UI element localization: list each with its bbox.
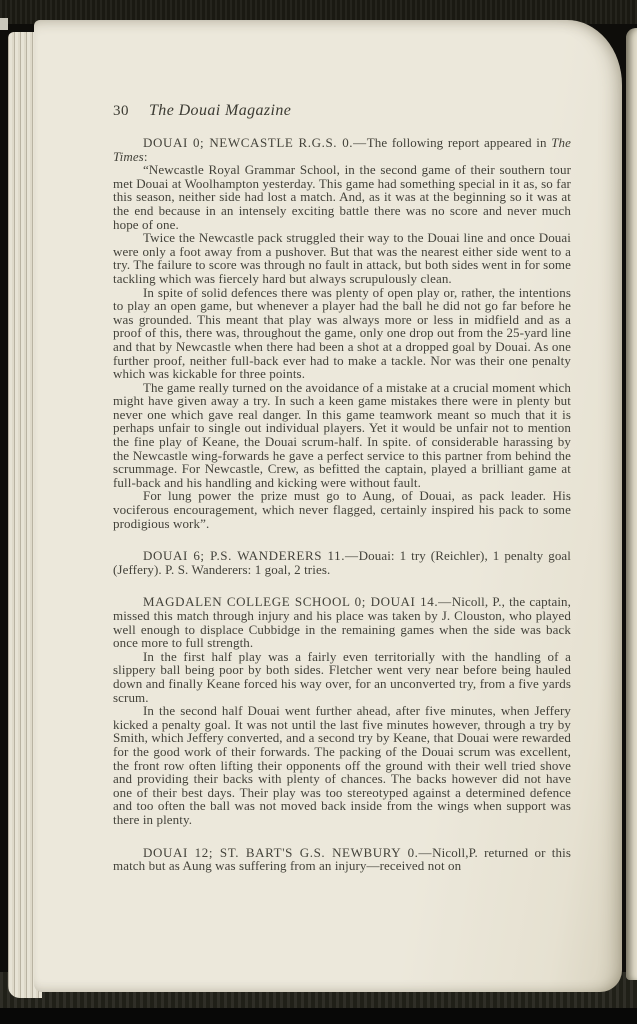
magazine-title: The Douai Magazine: [149, 102, 291, 119]
paragraph: In the first half play was a fairly even…: [113, 650, 571, 704]
text-run: The game really turned on the avoidance …: [113, 380, 571, 490]
text-run: The following report appeared in: [367, 135, 551, 150]
paragraph: In spite of solid defences there was ple…: [113, 286, 571, 381]
text-run: In spite of solid defences there was ple…: [113, 285, 571, 382]
running-header: 30The Douai Magazine: [113, 102, 571, 120]
paragraph: In the second half Douai went further ah…: [113, 704, 571, 826]
paragraph: Twice the Newcastle pack struggled their…: [113, 231, 571, 285]
paragraph: DOUAI 6; P.S. WANDERERS 11.—Douai: 1 try…: [113, 549, 571, 576]
book-page: 30The Douai Magazine DOUAI 0; NEWCASTLE …: [34, 20, 622, 992]
page-corner-tab: [0, 18, 8, 30]
paragraph: The game really turned on the avoidance …: [113, 381, 571, 490]
paragraph: For lung power the prize must go to Aung…: [113, 489, 571, 530]
page-text: DOUAI 0; NEWCASTLE R.G.S. 0.—The followi…: [113, 136, 571, 873]
text-run: “Newcastle Royal Grammar School, in the …: [113, 162, 571, 231]
text-run: In the second half Douai went further ah…: [113, 703, 571, 827]
paragraph: MAGDALEN COLLEGE SCHOOL 0; DOUAI 14.—Nic…: [113, 595, 571, 649]
book-cover-base: [0, 1008, 637, 1024]
text-run: Twice the Newcastle pack struggled their…: [113, 230, 571, 286]
page-number: 30: [113, 103, 129, 119]
paragraph: “Newcastle Royal Grammar School, in the …: [113, 163, 571, 231]
book-photo: { "colors": { "paper": "#ece8db", "ink":…: [0, 0, 637, 1024]
facing-page-sliver: [626, 28, 637, 980]
text-run: For lung power the prize must go to Aung…: [113, 488, 571, 530]
paragraph: DOUAI 12; ST. BART'S G.S. NEWBURY 0.—Nic…: [113, 846, 571, 873]
text-run: In the first half play was a fairly even…: [113, 649, 571, 705]
match-heading: DOUAI 0; NEWCASTLE R.G.S. 0.—: [143, 135, 367, 150]
paragraph: DOUAI 0; NEWCASTLE R.G.S. 0.—The followi…: [113, 136, 571, 163]
